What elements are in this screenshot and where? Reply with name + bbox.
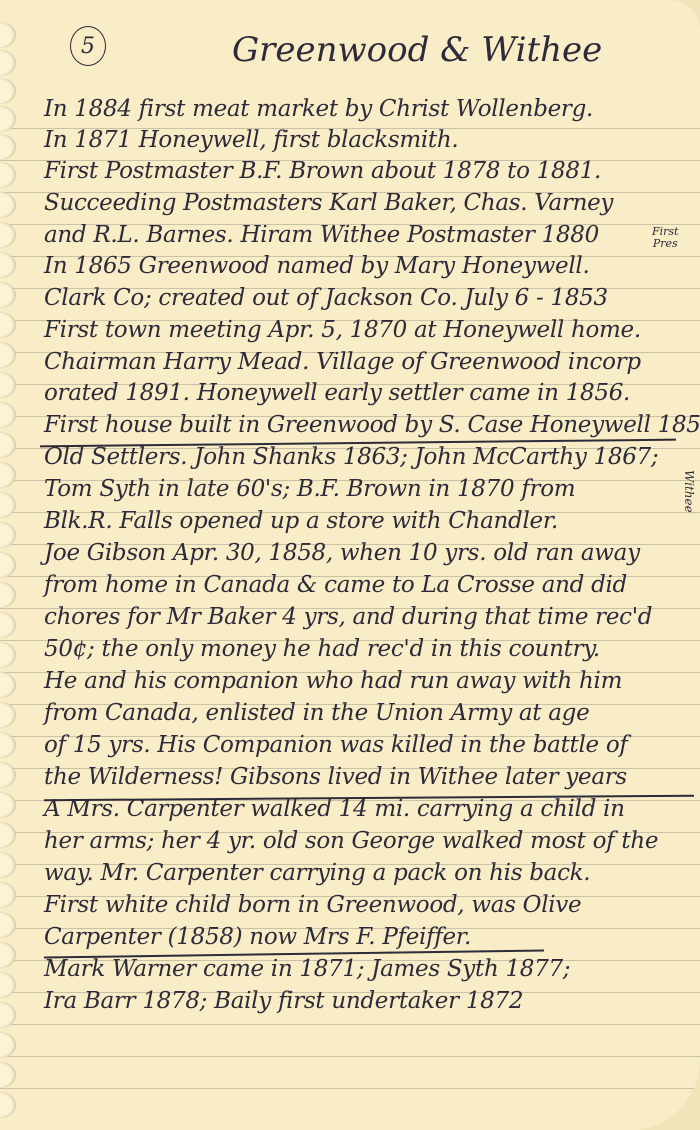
text-line: Ira Barr 1878; Baily first undertaker 18… bbox=[44, 988, 523, 1014]
binder-hole bbox=[0, 1032, 16, 1058]
margin-note-withee: Withee bbox=[682, 470, 696, 513]
text-line: Joe Gibson Apr. 30, 1858, when 10 yrs. o… bbox=[44, 540, 640, 566]
text-line: 50¢; the only money he had rec'd in this… bbox=[44, 636, 600, 662]
binder-hole bbox=[0, 1062, 16, 1088]
text-line: Carpenter (1858) now Mrs F. Pfeiffer. bbox=[44, 924, 471, 950]
text-line: Old Settlers. John Shanks 1863; John McC… bbox=[44, 444, 658, 470]
binder-hole bbox=[0, 432, 16, 458]
text-line: of 15 yrs. His Companion was killed in t… bbox=[44, 732, 628, 758]
text-line: Chairman Harry Mead. Village of Greenwoo… bbox=[44, 349, 641, 375]
text-line: Blk.R. Falls opened up a store with Chan… bbox=[44, 508, 558, 534]
binder-hole bbox=[0, 162, 16, 188]
text-line: her arms; her 4 yr. old son George walke… bbox=[44, 828, 658, 854]
text-line: way. Mr. Carpenter carrying a pack on hi… bbox=[44, 860, 590, 886]
binder-hole bbox=[0, 312, 16, 338]
text-line: Mark Warner came in 1871; James Syth 187… bbox=[44, 956, 570, 982]
binder-hole bbox=[0, 792, 16, 818]
binder-hole bbox=[0, 22, 16, 48]
binder-hole bbox=[0, 222, 16, 248]
text-line: First house built in Greenwood by S. Cas… bbox=[44, 412, 700, 438]
binder-hole bbox=[0, 134, 16, 160]
binder-hole bbox=[0, 282, 16, 308]
binder-hole bbox=[0, 50, 16, 76]
binder-hole bbox=[0, 942, 16, 968]
binder-hole bbox=[0, 1092, 16, 1118]
page-number: 5 bbox=[70, 26, 106, 66]
margin-note-line: Pres bbox=[652, 238, 678, 250]
text-line: First town meeting Apr. 5, 1870 at Honey… bbox=[44, 317, 641, 343]
text-line: the Wilderness! Gibsons lived in Withee … bbox=[44, 764, 627, 790]
binder-hole bbox=[0, 702, 16, 728]
binder-hole bbox=[0, 762, 16, 788]
binder-hole bbox=[0, 882, 16, 908]
ruled-line bbox=[0, 1056, 700, 1057]
binder-hole bbox=[0, 972, 16, 998]
binder-hole bbox=[0, 582, 16, 608]
text-line: First white child born in Greenwood, was… bbox=[44, 892, 581, 918]
binder-hole bbox=[0, 552, 16, 578]
binder-hole bbox=[0, 78, 16, 104]
page-title: Greenwood & Withee bbox=[232, 30, 602, 70]
text-line: from home in Canada & came to La Crosse … bbox=[44, 572, 627, 598]
binder-hole bbox=[0, 462, 16, 488]
text-line: chores for Mr Baker 4 yrs, and during th… bbox=[44, 604, 652, 630]
binder-hole bbox=[0, 192, 16, 218]
text-line: He and his companion who had run away wi… bbox=[44, 668, 622, 694]
binder-hole bbox=[0, 372, 16, 398]
text-line: and R.L. Barnes. Hiram Withee Postmaster… bbox=[44, 222, 599, 248]
text-line: Succeeding Postmasters Karl Baker, Chas.… bbox=[44, 190, 613, 216]
ruled-line bbox=[0, 1024, 700, 1025]
binder-hole bbox=[0, 492, 16, 518]
binder-hole bbox=[0, 672, 16, 698]
notebook-page: 5 Greenwood & Withee In 1884 first meat … bbox=[0, 0, 700, 1130]
margin-note-first-pres: First Pres bbox=[652, 226, 678, 250]
binder-hole bbox=[0, 402, 16, 428]
text-line: In 1871 Honeywell, first blacksmith. bbox=[44, 127, 458, 153]
binder-hole bbox=[0, 852, 16, 878]
binder-hole bbox=[0, 912, 16, 938]
binder-hole bbox=[0, 342, 16, 368]
ruled-line bbox=[0, 1088, 700, 1089]
binder-hole bbox=[0, 612, 16, 638]
text-line: In 1865 Greenwood named by Mary Honeywel… bbox=[44, 253, 590, 279]
text-line: In 1884 first meat market by Christ Woll… bbox=[44, 96, 593, 122]
text-line: Tom Syth in late 60's; B.F. Brown in 187… bbox=[44, 476, 575, 502]
text-line: Clark Co; created out of Jackson Co. Jul… bbox=[44, 285, 608, 311]
text-line: First Postmaster B.F. Brown about 1878 t… bbox=[44, 158, 601, 184]
text-line: orated 1891. Honeywell early settler cam… bbox=[44, 380, 630, 406]
text-line: from Canada, enlisted in the Union Army … bbox=[44, 700, 589, 726]
binder-hole bbox=[0, 642, 16, 668]
binder-hole bbox=[0, 822, 16, 848]
page-number-text: 5 bbox=[81, 34, 95, 59]
